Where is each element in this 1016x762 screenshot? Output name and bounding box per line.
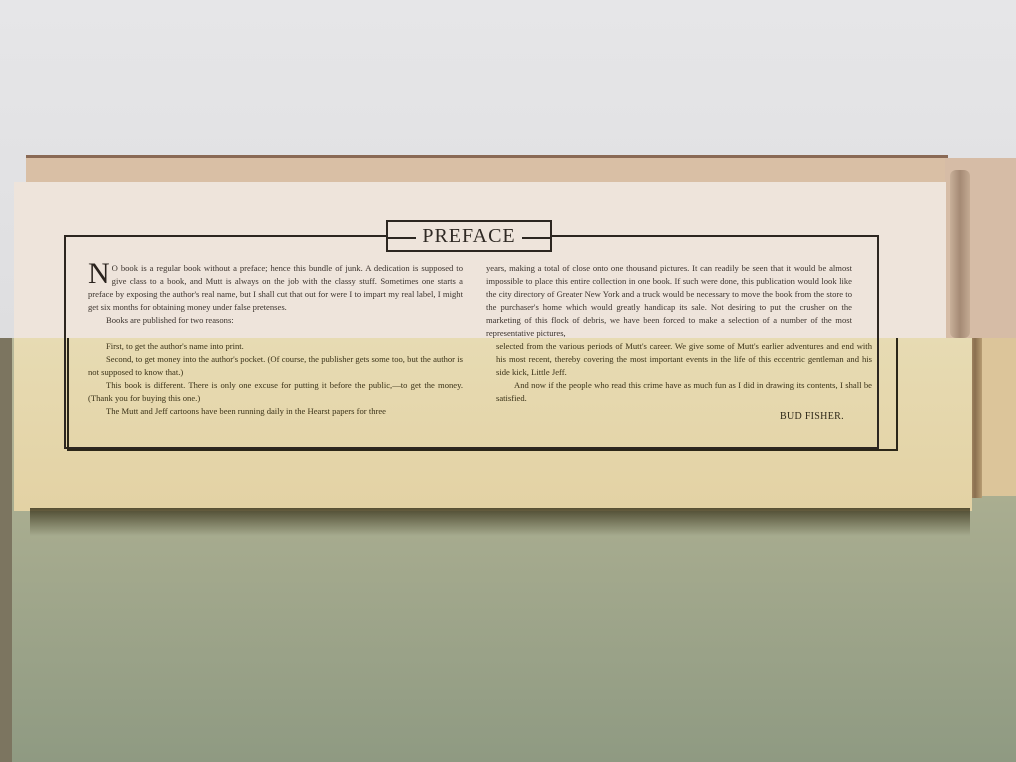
paragraph-second: Second, to get money into the author's p… xyxy=(88,353,463,379)
paragraph-closing: And now if the people who read this crim… xyxy=(496,379,872,405)
paragraph-intro: NO book is a regular book without a pref… xyxy=(88,262,463,314)
right-column-lower: selected from the various periods of Mut… xyxy=(496,340,872,405)
left-column-lower: First, to get the author's name into pri… xyxy=(88,340,463,418)
right-column-upper: years, making a total of close onto one … xyxy=(486,262,852,340)
page-title: PREFACE xyxy=(418,225,519,248)
author-signature: BUD FISHER. xyxy=(780,411,844,422)
drop-cap: N xyxy=(88,262,110,286)
paragraph-reasons: Books are published for two reasons: xyxy=(88,314,463,327)
book-binding xyxy=(950,170,970,338)
page-shadow xyxy=(30,508,970,536)
paragraph-selection: selected from the various periods of Mut… xyxy=(496,340,872,379)
title-box: PREFACE xyxy=(386,220,552,252)
background-edge-left xyxy=(0,338,12,762)
paragraph-collection: years, making a total of close onto one … xyxy=(486,262,852,340)
paragraph-different: This book is different. There is only on… xyxy=(88,379,463,405)
paragraph-cartoons: The Mutt and Jeff cartoons have been run… xyxy=(88,405,463,418)
left-column-upper: NO book is a regular book without a pref… xyxy=(88,262,463,327)
paragraph-first: First, to get the author's name into pri… xyxy=(88,340,463,353)
